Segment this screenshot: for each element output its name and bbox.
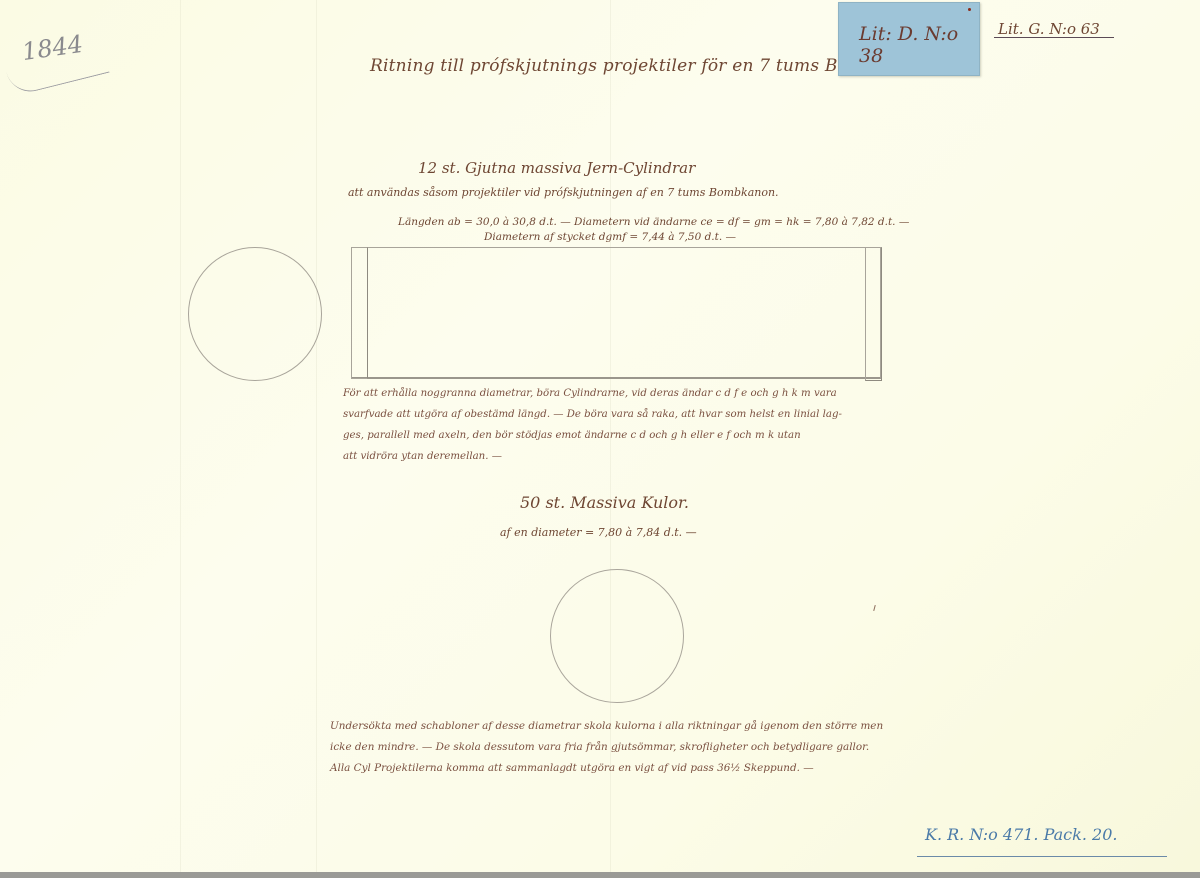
section2-subheading: af en diameter = 7,80 à 7,84 d.t. — <box>500 526 697 539</box>
note-line: icke den mindre. — De skola dessutom var… <box>330 737 960 758</box>
archive-underline <box>917 856 1167 857</box>
section2-heading: 50 st. Massiva Kulor. <box>520 493 689 512</box>
note-line: För att erhålla noggranna diametrar, bör… <box>343 383 903 404</box>
note-line: svarfvade att utgöra af obestämd längd. … <box>343 404 903 425</box>
note-line: att vidröra ytan deremellan. — <box>343 446 903 467</box>
cylinder-left-cap <box>351 247 368 379</box>
section1-subheading: att användas såsom projektiler vid prófs… <box>348 186 779 199</box>
paper-crease <box>316 0 317 872</box>
dimension-line-1: Längden ab = 30,0 à 30,8 d.t. — Diameter… <box>398 216 909 228</box>
section1-notes: För att erhålla noggranna diametrar, bör… <box>343 383 903 467</box>
note-line: ges, parallell med axeln, den bör stödja… <box>343 425 903 446</box>
archive-reference: K. R. N:o 471. Pack. 20. <box>925 825 1117 844</box>
catalog-note-underline <box>994 37 1114 38</box>
note-line: Alla Cyl Projektilerna komma att sammanl… <box>330 758 960 779</box>
cylinder-right-cap <box>865 247 882 381</box>
catalog-label: Lit: D. N:o 38 <box>838 2 980 76</box>
catalog-label-text: Lit: D. N:o 38 <box>859 23 979 67</box>
cylinder-end-view <box>188 247 322 381</box>
cylinder-side-view <box>351 247 881 379</box>
paper-crease <box>180 0 181 872</box>
stray-ink-mark <box>873 605 876 611</box>
ball-projectile-view <box>550 569 684 703</box>
section2-notes: Undersökta med schabloner af desse diame… <box>330 716 960 779</box>
document-sheet: 1844 Ritning till prófskjutnings projekt… <box>0 0 1200 872</box>
pin-mark <box>968 8 971 11</box>
note-line: Undersökta med schabloner af desse diame… <box>330 716 960 737</box>
section1-heading: 12 st. Gjutna massiva Jern-Cylindrar <box>418 159 695 177</box>
catalog-note: Lit. G. N:o 63 <box>998 20 1100 38</box>
dimension-line-2: Diametern af stycket dgmf = 7,44 à 7,50 … <box>484 231 736 243</box>
